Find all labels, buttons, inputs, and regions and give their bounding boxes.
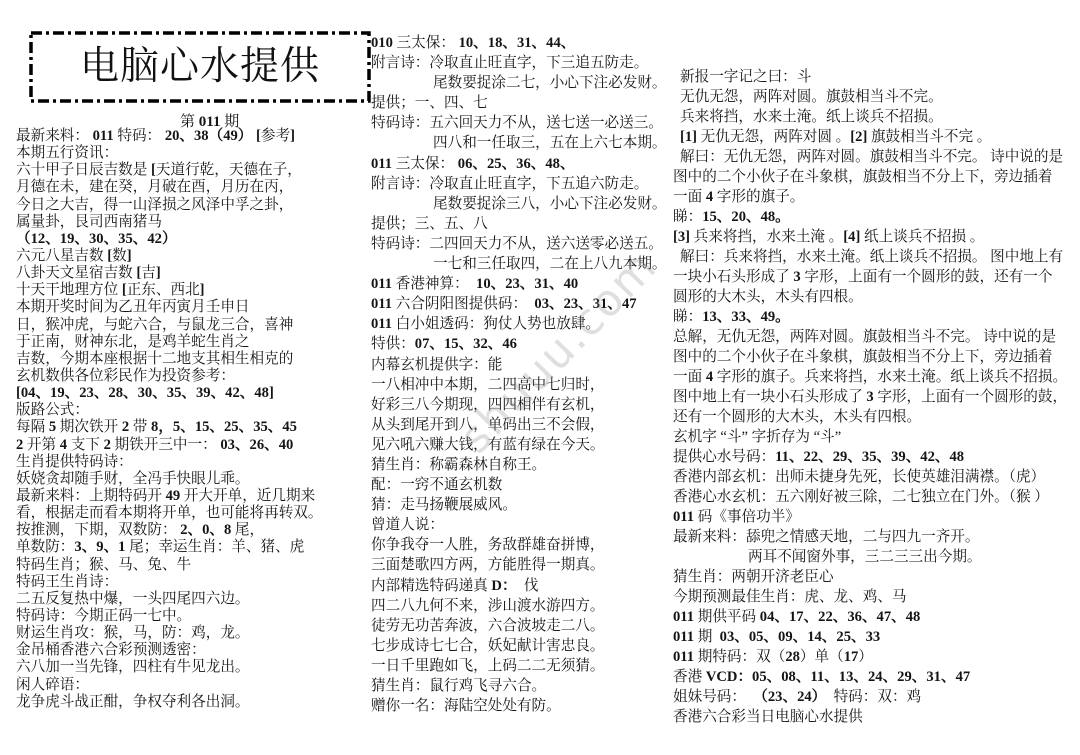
- text-line: 一日千里跑如飞，上码二二无须猜。: [371, 656, 671, 676]
- text-line: 011 期供平码 04、17、22、36、47、48: [673, 607, 1078, 627]
- text-segment: 三太保：: [393, 35, 459, 51]
- text-segment: 本期五行资讯：: [16, 145, 118, 161]
- text-segment: 本期开奖时间为乙丑年丙寅月壬申日: [16, 299, 250, 315]
- text-line: 一七和三任取四，二在上八九本期。: [371, 254, 671, 274]
- bold-segment: 011: [371, 316, 392, 332]
- text-line: 六元八星吉数 [数]: [16, 248, 366, 265]
- bold-segment: 03、23、31、47: [534, 296, 636, 312]
- text-segment: 期: [694, 629, 720, 645]
- text-line: 六十甲子日辰吉数是 [天道行乾，天德在子，: [16, 162, 366, 179]
- text-segment: 解曰：兵来将挡，水来土淹。纸上谈兵不招损。 图中地上有: [680, 249, 1063, 265]
- text-segment: 吉: [141, 265, 156, 281]
- text-segment: 带: [129, 419, 151, 435]
- text-segment: 今期预测最佳生肖：虎、龙、鸡、马: [673, 589, 907, 605]
- text-line: 金吊桶香港六合彩预测透密：: [16, 642, 366, 659]
- text-segment: 旗鼓相当斗不完 。: [867, 129, 991, 145]
- text-segment: 图中的二个小伙子在斗象棋，旗鼓相当不分上下，旁边插着: [673, 169, 1052, 185]
- text-line: 龙争虎斗战正酣，争权夺利各出洞。: [16, 694, 366, 711]
- text-segment: 看，根据走而看本期将开单，也可能将再转双。: [16, 505, 322, 521]
- text-segment: 六合阴阳图提供码：: [392, 296, 534, 312]
- text-segment: 六八加一当先锋，四柱有牛见龙出。: [16, 659, 250, 675]
- text-line: 两耳不闻窗外事，三二三三出今期。: [673, 547, 1078, 567]
- text-segment: 字形的旗子。: [713, 189, 804, 205]
- text-segment: ）单（: [800, 649, 844, 665]
- text-segment: 按推测，下期，双数防：: [16, 522, 180, 538]
- text-segment: 二五反复热中爆，一头四尾四六边。: [16, 591, 250, 607]
- text-line: 玄机字 “斗” 字折存为 “斗”: [673, 427, 1078, 447]
- text-line: 内部精选特码递真 D： 伐: [371, 576, 671, 596]
- bold-segment: D：: [491, 578, 516, 594]
- text-line: 2 开第 4 支下 2 期铁开三中一： 03、26、40: [16, 437, 366, 454]
- text-line: 011 六合阴阳图提供码： 03、23、31、47: [371, 294, 671, 314]
- text-segment: 徒劳无功苦奔波，六合波坡走二八。: [371, 618, 605, 634]
- text-line: [1] 无仇无怨，两阵对圆 。[2] 旗鼓相当斗不完 。: [673, 127, 1078, 147]
- text-segment: 睇：: [673, 309, 702, 325]
- text-segment: ）: [858, 649, 873, 665]
- text-segment: 尾，: [231, 522, 264, 538]
- text-line: 看，根据走而看本期将开单，也可能将再转双。: [16, 505, 366, 522]
- text-line: 每隔 5 期次铁开 2 带 8，5、15、25、35、45: [16, 419, 366, 436]
- text-line: 010 三太保： 10、18、31、44、: [371, 33, 671, 53]
- text-line: 配：一窍不通玄机数: [371, 475, 671, 495]
- bold-segment: 11、22、29、35、39、42、48: [775, 449, 964, 465]
- text-segment: 一七和三任取四，二在上八九本期。: [433, 256, 667, 272]
- text-line: 生肖提供特码诗：: [16, 454, 366, 471]
- bold-segment: ]: [200, 282, 205, 298]
- text-segment: 提供心水号码：: [673, 449, 775, 465]
- bold-segment: 010: [371, 35, 393, 51]
- text-line: 011 期 03、05、09、14、25、33: [673, 627, 1078, 647]
- bold-segment: 10、18、31、44、: [459, 35, 576, 51]
- text-line: 猜生肖：两朝开济老臣心: [673, 567, 1078, 587]
- text-segment: 特码王生肖诗：: [16, 574, 118, 590]
- text-segment: 提供；三、五、八: [371, 216, 488, 232]
- text-segment: 兵来将挡，水来土淹 。: [690, 229, 843, 245]
- text-line: 011 码《事倍功半》: [673, 507, 1078, 527]
- text-segment: 最新来料：: [16, 128, 93, 144]
- text-segment: 见六吼六赚大钱，有蓝有绿在今天。: [371, 437, 605, 453]
- text-segment: 字形，上面有一个圆形的鼓，: [874, 389, 1067, 405]
- text-line: 011 白小姐透码：狗仗人势也放肆。: [371, 314, 671, 334]
- text-segment: 六元八星吉数: [16, 248, 107, 264]
- text-line: 睇：13、33、49。: [673, 307, 1078, 327]
- text-line: 解曰：无仇无怨，两阵对圆。旗鼓相当斗不完。 诗中说的是: [673, 147, 1078, 167]
- bold-segment: 4: [60, 437, 67, 453]
- text-line: 好彩三八今期现，四四相伴有玄机，: [371, 395, 671, 415]
- text-segment: 特码生肖；猴、马、兔、牛: [16, 557, 191, 573]
- text-segment: 期次铁开: [56, 419, 122, 435]
- text-line: 本期五行资讯：: [16, 145, 366, 162]
- text-segment: 期供平码: [694, 609, 760, 625]
- text-line: 按推测，下期，双数防： 2、0、8 尾，: [16, 522, 366, 539]
- text-line: 特码诗：今期正码一七中。: [16, 608, 366, 625]
- text-line: 011 期特码：双（28）单（17）: [673, 647, 1078, 667]
- bold-segment: ]: [290, 128, 295, 144]
- text-segment: 猜生肖：称霸森林自称王。: [371, 457, 546, 473]
- text-line: 特码生肖；猴、马、兔、牛: [16, 557, 366, 574]
- text-segment: 香港六合彩当日电脑心水提供: [673, 709, 863, 725]
- text-segment: 附言诗：冷取直止旺直字，下五追六防走。: [371, 176, 648, 192]
- text-segment: 一日千里跑如飞，上码二二无须猜。: [371, 658, 605, 674]
- text-line: 011 三太保： 06、25、36、48、: [371, 154, 671, 174]
- text-segment: 财运生肖攻：猴，马，防：鸡，龙。: [16, 625, 250, 641]
- text-line: 香港 VCD：05、08、11、13、24、29、31、47: [673, 667, 1078, 687]
- text-segment: 于正南，财神东北，是鸡羊蛇生肖之: [16, 334, 250, 350]
- text-line: 特码诗：二四回天力不从，送六送零必送五。: [371, 234, 671, 254]
- text-line: 尾数要捉涂三八，小心下注必发财。: [371, 194, 671, 214]
- text-line: 尾数要捉涂二七，小心下注必发财。: [371, 73, 671, 93]
- text-segment: 姐妹号码：: [673, 689, 753, 705]
- text-segment: 内部精选特码递真: [371, 578, 491, 594]
- bold-segment: 011: [93, 128, 114, 144]
- text-line: 解曰：兵来将挡，水来土淹。纸上谈兵不招损。 图中地上有: [673, 247, 1078, 267]
- text-segment: 最新来料：上期特码开: [16, 488, 166, 504]
- text-segment: 数: [112, 248, 127, 264]
- bold-segment: 2、0、8: [180, 522, 231, 538]
- text-line: 一面 4 字形的旗子。: [673, 187, 1078, 207]
- page-title: 电脑心水提供: [29, 31, 371, 103]
- text-segment: 兵来将挡，水来土淹。纸上谈兵不招损。: [680, 109, 943, 125]
- text-line: 月德在未，建在癸，月破在酉，月历在丙，: [16, 179, 366, 196]
- bold-segment: 011: [371, 296, 392, 312]
- bold-segment: 3、9、1: [74, 539, 125, 555]
- text-line: 猜生肖：鼠行鸡飞寻六合。: [371, 676, 671, 696]
- text-line: 最新来料：上期特码开 49 开大开单，近几期来: [16, 488, 366, 505]
- text-segment: 从头到尾开到八，单码出三不会假，: [371, 417, 605, 433]
- bold-segment: （23、24）: [753, 689, 826, 705]
- bold-segment: 03、26、40: [220, 437, 293, 453]
- title-box: 电脑心水提供: [29, 31, 371, 103]
- text-segment: 尾数要捉涂二七，小心下注必发财。: [433, 75, 667, 91]
- text-segment: 一面: [673, 189, 706, 205]
- text-segment: 闲人碎语：: [16, 677, 89, 693]
- text-segment: 开大开单，近几期来: [180, 488, 315, 504]
- text-segment: 图中的二个小伙子在斗象棋，旗鼓相当不分上下，旁边插着: [673, 349, 1052, 365]
- bold-segment: 8，5、15、25、35、45: [151, 419, 297, 435]
- bold-segment: 10、23、31、40: [476, 276, 578, 292]
- text-line: （12、19、30、35、42）: [16, 231, 366, 248]
- text-line: 提供；三、五、八: [371, 214, 671, 234]
- text-segment: 字形的旗子。兵来将挡，水来土淹。纸上谈兵不招损。: [713, 369, 1067, 385]
- text-line: 附言诗：冷取直止旺直字，下五追六防走。: [371, 174, 671, 194]
- bold-segment: 15、20、48。: [702, 209, 790, 225]
- text-line: 于正南，财神东北，是鸡羊蛇生肖之: [16, 334, 366, 351]
- bold-segment: 20、38（49）: [165, 128, 253, 144]
- text-line: 本期开奖时间为乙丑年丙寅月壬申日: [16, 299, 366, 316]
- text-segment: 参考: [261, 128, 290, 144]
- text-segment: 解曰：无仇无怨，两阵对圆。旗鼓相当斗不完。 诗中说的是: [680, 149, 1063, 165]
- text-line: 提供；一、四、七: [371, 93, 671, 113]
- bold-segment: 011: [673, 629, 694, 645]
- text-segment: 今日之大吉，得一山泽损之风泽中孚之卦，: [16, 197, 293, 213]
- text-line: 香港内部玄机：出师未捷身先死，长使英雄泪满襟。（虎）: [673, 467, 1078, 487]
- text-segment: 特码：双：鸡: [826, 689, 921, 705]
- text-line: 图中地上有一块小石头形成了 3 字形，上面有一个圆形的鼓，: [673, 387, 1078, 407]
- text-segment: 曾道人说：: [371, 517, 444, 533]
- text-line: 日，猴冲虎，与蛇六合，与鼠龙三合，喜神: [16, 317, 366, 334]
- bold-segment: 2: [104, 437, 111, 453]
- text-line: 八卦天文星宿吉数 [吉]: [16, 265, 366, 282]
- text-line: 图中的二个小伙子在斗象棋，旗鼓相当不分上下，旁边插着: [673, 347, 1078, 367]
- text-line: 新报一字记之曰：斗: [673, 67, 1078, 87]
- text-segment: 香港内部玄机：出师未捷身先死，长使英雄泪满襟。（虎）: [673, 469, 1045, 485]
- text-line: 最新来料： 011 特码： 20、38（49） [参考]: [16, 128, 366, 145]
- bold-segment: 3: [793, 269, 800, 285]
- text-segment: 版路公式：: [16, 402, 89, 418]
- text-segment: 六十甲子日辰吉数是: [16, 162, 151, 178]
- text-segment: 提供；一、四、七: [371, 95, 488, 111]
- text-line: 睇：15、20、48。: [673, 207, 1078, 227]
- text-segment: 期特码：双（: [694, 649, 785, 665]
- text-segment: 圆形的大木头，木头有四根。: [673, 289, 863, 305]
- text-segment: 开第: [23, 437, 60, 453]
- text-segment: 吉数，今期本座根据十二地支其相生相克的: [16, 351, 293, 367]
- text-line: 姐妹号码： （23、24） 特码：双：鸡: [673, 687, 1078, 707]
- text-line: 香港心水玄机：五六刚好被三除，二七独立在门外。（猴 ）: [673, 487, 1078, 507]
- text-segment: 妖娆贪却随手财，全冯手快眼儿乖。: [16, 471, 250, 487]
- text-segment: 日，猴冲虎，与蛇六合，与鼠龙三合，喜神: [16, 317, 293, 333]
- bold-segment: 28: [785, 649, 800, 665]
- text-line: 一八相冲中本期，二四高中七归时，: [371, 375, 671, 395]
- text-line: 特供：07、15、32、46: [371, 334, 671, 354]
- text-segment: 金吊桶香港六合彩预测透密：: [16, 642, 206, 658]
- text-line: 猜：走马扬鞭展威风。: [371, 495, 671, 515]
- text-line: 二五反复热中爆，一头四尾四六边。: [16, 591, 366, 608]
- text-line: 无仇无怨，两阵对圆。旗鼓相当斗不完。: [673, 87, 1078, 107]
- text-line: 兵来将挡，水来土淹。纸上谈兵不招损。: [673, 107, 1078, 127]
- text-line: 香港六合彩当日电脑心水提供: [673, 707, 1078, 727]
- bold-segment: [04、19、23、28、30、35、39、42、48]: [16, 385, 274, 401]
- text-line: 附言诗：冷取直止旺直字，下三追五防走。: [371, 53, 671, 73]
- text-line: 圆形的大木头，木头有四根。: [673, 287, 1078, 307]
- bold-segment: 13、33、49。: [702, 309, 790, 325]
- bold-segment: 011: [673, 609, 694, 625]
- bold-segment: 011: [371, 276, 392, 292]
- text-line: 见六吼六赚大钱，有蓝有绿在今天。: [371, 435, 671, 455]
- text-line: 最新来料：舔兜之情感天地，二与四九一齐开。: [673, 527, 1078, 547]
- bold-segment: [4]: [843, 229, 860, 245]
- text-segment: 无仇无怨，两阵对圆。旗鼓相当斗不完。: [680, 89, 943, 105]
- text-line: 011 香港神算： 10、23、31、40: [371, 274, 671, 294]
- text-line: 今期预测最佳生肖：虎、龙、鸡、马: [673, 587, 1078, 607]
- text-segment: 属量卦，艮司西南猪马: [16, 214, 162, 230]
- text-line: 玄机数供各位彩民作为投资参考：: [16, 368, 366, 385]
- right-column: 新报一字记之曰：斗无仇无怨，两阵对圆。旗鼓相当斗不完。兵来将挡，水来土淹。纸上谈…: [673, 67, 1078, 727]
- text-line: 属量卦，艮司西南猪马: [16, 214, 366, 231]
- text-line: [04、19、23、28、30、35、39、42、48]: [16, 385, 366, 402]
- text-segment: 特码诗：五六回天力不从，送七送一必送三。: [371, 115, 663, 131]
- bold-segment: 49: [166, 488, 181, 504]
- text-segment: 月德在未，建在癸，月破在酉，月历在丙，: [16, 179, 293, 195]
- text-segment: 特码：: [114, 128, 165, 144]
- text-line: 图中的二个小伙子在斗象棋，旗鼓相当不分上下，旁边插着: [673, 167, 1078, 187]
- text-segment: 尾；幸运生肖：羊、猪、虎: [125, 539, 304, 555]
- text-segment: 特供：: [371, 336, 415, 352]
- text-line: 内幕玄机提供字：能: [371, 355, 671, 375]
- bold-segment: ]: [127, 248, 132, 264]
- text-segment: 一块小石头形成了: [673, 269, 793, 285]
- text-segment: 十天干地理方位: [16, 282, 122, 298]
- text-segment: 四二八九何不来，涉山渡水游四方。: [371, 598, 605, 614]
- text-segment: 猜：走马扬鞭展威风。: [371, 497, 517, 513]
- bold-segment: （12、19、30、35、42）: [16, 231, 177, 247]
- text-segment: 两耳不闻窗外事，三二三三出今期。: [748, 549, 982, 565]
- bold-segment: [3]: [673, 229, 690, 245]
- bold-segment: [2]: [850, 129, 867, 145]
- text-line: 闲人碎语：: [16, 677, 366, 694]
- text-line: 一块小石头形成了 3 字形，上面有一个圆形的鼓，还有一个: [673, 267, 1078, 287]
- text-line: 提供心水号码：11、22、29、35、39、42、48: [673, 447, 1078, 467]
- text-segment: 附言诗：冷取直止旺直字，下三追五防走。: [371, 55, 648, 71]
- text-line: 四八和一任取三，五在上六七本期。: [371, 133, 671, 153]
- text-segment: 字形，上面有一个圆形的鼓，还有一个: [801, 269, 1053, 285]
- text-line: 妖娆贪却随手财，全冯手快眼儿乖。: [16, 471, 366, 488]
- text-segment: 支下: [67, 437, 104, 453]
- text-line: 财运生肖攻：猴，马，防：鸡，龙。: [16, 625, 366, 642]
- text-segment: 图中地上有一块小石头形成了: [673, 389, 866, 405]
- text-segment: 七步成诗七七合，妖妃献计害忠良。: [371, 638, 605, 654]
- text-segment: 猜生肖：两朝开济老臣心: [673, 569, 834, 585]
- text-segment: 期铁开三中一：: [111, 437, 220, 453]
- text-line: 今日之大吉，得一山泽损之风泽中孚之卦，: [16, 197, 366, 214]
- text-line: 十天干地理方位 [正东、西北]: [16, 282, 366, 299]
- bold-segment: 03、05、09、14、25、33: [720, 629, 881, 645]
- text-segment: 一八相冲中本期，二四高中七归时，: [371, 377, 605, 393]
- text-segment: 三太保：: [392, 156, 458, 172]
- text-segment: 睇：: [673, 209, 702, 225]
- text-line: 四二八九何不来，涉山渡水游四方。: [371, 596, 671, 616]
- bold-segment: 04、17、22、36、47、48: [760, 609, 921, 625]
- text-line: 特码诗：五六回天力不从，送七送一必送三。: [371, 113, 671, 133]
- text-segment: 天道行乾，天德在子，: [156, 162, 302, 178]
- text-segment: 配：一窍不通玄机数: [371, 477, 502, 493]
- bold-segment: 06、25、36、48、: [458, 156, 575, 172]
- bold-segment: VCD：05、08、11、13、24、29、31、47: [706, 669, 970, 685]
- bold-segment: ]: [156, 265, 161, 281]
- text-line: 猜生肖：称霸森林自称王。: [371, 455, 671, 475]
- text-segment: 四八和一任取三，五在上六七本期。: [433, 135, 667, 151]
- bold-segment: 011: [371, 156, 392, 172]
- text-line: 七步成诗七七合，妖妃献计害忠良。: [371, 636, 671, 656]
- bold-segment: 011: [673, 509, 694, 525]
- text-line: 总解，无仇无怨，两阵对圆。旗鼓相当斗不完。 诗中说的是: [673, 327, 1078, 347]
- text-line: 吉数，今期本座根据十二地支其相生相克的: [16, 351, 366, 368]
- text-segment: 无仇无怨，两阵对圆 。: [697, 129, 850, 145]
- text-segment: 内幕玄机提供字：能: [371, 357, 502, 373]
- text-segment: 香港神算：: [392, 276, 476, 292]
- text-segment: 玄机数供各位彩民作为投资参考：: [16, 368, 235, 384]
- text-line: 特码王生肖诗：: [16, 574, 366, 591]
- text-segment: 香港心水玄机：五六刚好被三除，二七独立在门外。（猴 ）: [673, 489, 1049, 505]
- text-segment: 特码诗：今期正码一七中。: [16, 608, 191, 624]
- text-line: 六八加一当先锋，四柱有牛见龙出。: [16, 659, 366, 676]
- text-line: 曾道人说：: [371, 515, 671, 535]
- text-segment: 正东、西北: [127, 282, 200, 298]
- text-segment: 白小姐透码：狗仗人势也放肆。: [392, 316, 600, 332]
- bold-segment: 3: [866, 389, 873, 405]
- text-segment: 生肖提供特码诗：: [16, 454, 133, 470]
- text-line: 从头到尾开到八，单码出三不会假，: [371, 415, 671, 435]
- text-segment: 伐: [517, 578, 539, 594]
- text-line: 还有一个圆形的大木头，木头有四根。: [673, 407, 1078, 427]
- text-segment: 你争我夺一人胜，务敌群雄奋拼博，: [371, 537, 605, 553]
- text-segment: 香港: [673, 669, 706, 685]
- text-segment: 单数防：: [16, 539, 74, 555]
- text-segment: 一面: [673, 369, 706, 385]
- text-line: 三面楚歌四方两，方能胜得一期真。: [371, 555, 671, 575]
- bold-segment: 17: [844, 649, 859, 665]
- text-line: 单数防：3、9、1 尾；幸运生肖：羊、猪、虎: [16, 539, 366, 556]
- text-line: 徒劳无功苦奔波，六合波坡走二八。: [371, 616, 671, 636]
- left-column: 最新来料： 011 特码： 20、38（49） [参考]本期五行资讯：六十甲子日…: [16, 128, 366, 711]
- middle-column: 010 三太保： 10、18、31、44、附言诗：冷取直止旺直字，下三追五防走。…: [371, 33, 671, 716]
- text-segment: 每隔: [16, 419, 49, 435]
- text-segment: 最新来料：舔兜之情感天地，二与四九一齐开。: [673, 529, 979, 545]
- text-segment: 尾数要捉涂三八，小心下注必发财。: [433, 196, 667, 212]
- text-segment: 八卦天文星宿吉数: [16, 265, 136, 281]
- text-segment: 猜生肖：鼠行鸡飞寻六合。: [371, 678, 546, 694]
- text-segment: 总解，无仇无怨，两阵对圆。旗鼓相当斗不完。 诗中说的是: [673, 329, 1056, 345]
- text-segment: 好彩三八今期现，四四相伴有玄机，: [371, 397, 605, 413]
- text-line: 版路公式：: [16, 402, 366, 419]
- text-segment: 纸上谈兵不招损 。: [860, 229, 984, 245]
- text-segment: 特码诗：二四回天力不从，送六送零必送五。: [371, 236, 663, 252]
- text-segment: 码《事倍功半》: [694, 509, 800, 525]
- text-line: [3] 兵来将挡，水来土淹 。[4] 纸上谈兵不招损 。: [673, 227, 1078, 247]
- text-segment: 龙争虎斗战正酣，争权夺利各出洞。: [16, 694, 250, 710]
- bold-segment: 011: [673, 649, 694, 665]
- text-segment: 赠你一名：海陆空处处有防。: [371, 698, 561, 714]
- text-line: 你争我夺一人胜，务敌群雄奋拼博，: [371, 535, 671, 555]
- text-line: 赠你一名：海陆空处处有防。: [371, 696, 671, 716]
- text-segment: 新报一字记之曰：斗: [680, 69, 811, 85]
- text-segment: 三面楚歌四方两，方能胜得一期真。: [371, 557, 605, 573]
- text-segment: 还有一个圆形的大木头，木头有四根。: [673, 409, 921, 425]
- text-segment: 玄机字 “斗” 字折存为 “斗”: [673, 429, 841, 445]
- bold-segment: 07、15、32、46: [415, 336, 517, 352]
- text-line: 一面 4 字形的旗子。兵来将挡，水来土淹。纸上谈兵不招损。: [673, 367, 1078, 387]
- bold-segment: [1]: [680, 129, 697, 145]
